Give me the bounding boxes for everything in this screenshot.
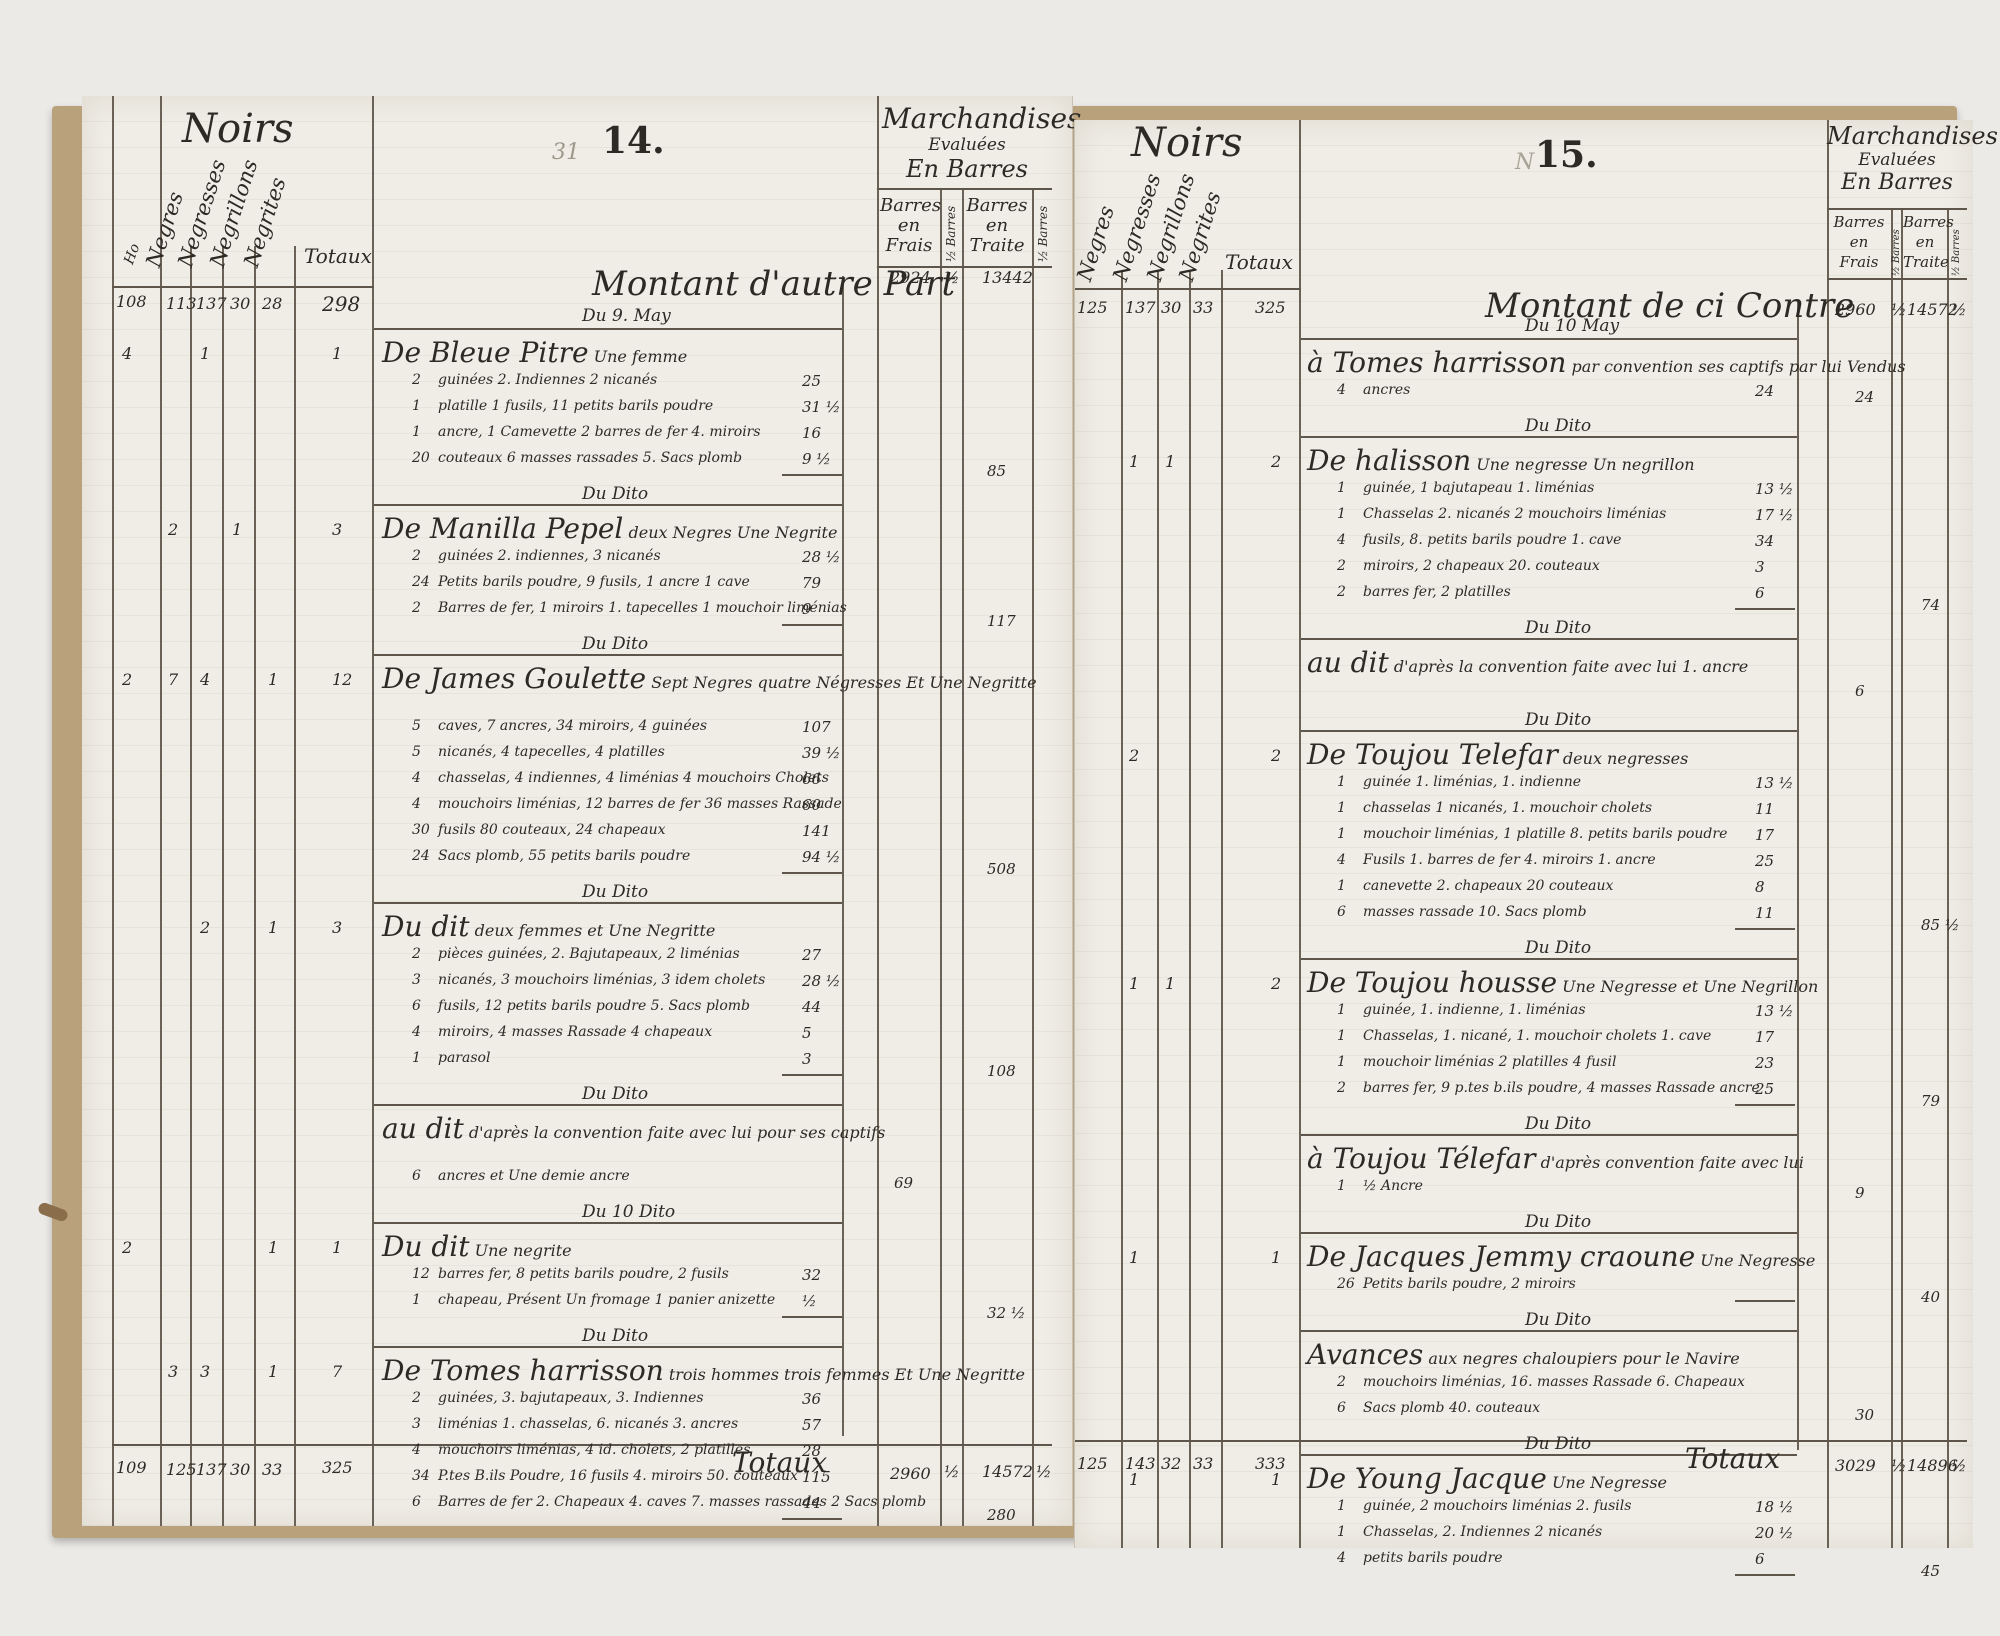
item-qty: 1 xyxy=(1337,1028,1363,1044)
item-amount: 28 ½ xyxy=(802,972,840,990)
item-text: nicanés, 3 mouchoirs liménias, 3 idem ch… xyxy=(438,972,765,988)
item-qty: 4 xyxy=(412,1024,438,1040)
totals-rule xyxy=(1075,1440,1967,1442)
col-half-barres: ½ Barres xyxy=(1891,229,1902,276)
item-qty: 1 xyxy=(412,398,438,414)
col-totaux: Totaux xyxy=(1225,250,1293,274)
line-item: 2miroirs, 2 chapeaux 20. couteaux xyxy=(1337,558,1600,574)
total-negres: 125 xyxy=(1077,1454,1108,1473)
item-qty: 1 xyxy=(1337,826,1363,842)
column-rule xyxy=(160,96,162,1526)
total-traite-half: ½ xyxy=(1036,1462,1052,1481)
frais-total: 24 xyxy=(1855,388,1874,406)
item-qty: 5 xyxy=(412,744,438,760)
entry-description: deux femmes et Une Negritte xyxy=(475,921,716,940)
item-text: chasselas 1 nicanés, 1. mouchoir cholets xyxy=(1363,800,1652,816)
line-item: 1Chasselas 2. nicanés 2 mouchoirs liméni… xyxy=(1337,506,1666,522)
item-qty: 2 xyxy=(412,1390,438,1406)
item-qty: 24 xyxy=(412,848,438,864)
item-text: mouchoirs liménias, 12 barres de fer 36 … xyxy=(438,796,842,812)
subtotal-rule xyxy=(1735,1300,1795,1302)
column-rule xyxy=(877,96,879,1526)
column-rule xyxy=(1947,208,1949,1548)
cf-negres: 125 xyxy=(1077,298,1108,317)
item-qty: 1 xyxy=(412,1050,438,1066)
cf-margin: 108 xyxy=(116,292,147,311)
traite-total: 74 xyxy=(1921,596,1940,614)
count-negresses: 1 xyxy=(1129,974,1139,993)
merch-sub: Evaluées xyxy=(882,135,1052,155)
item-qty: 1 xyxy=(1337,480,1363,496)
entry-date: Du Dito xyxy=(582,1084,648,1104)
item-text: petits barils poudre xyxy=(1363,1550,1503,1566)
line-item: 6fusils, 12 petits barils poudre 5. Sacs… xyxy=(412,998,750,1014)
entry-date: Du Dito xyxy=(1525,1114,1591,1134)
right-page: Noirs Negres Negresses Negrillons Negrit… xyxy=(1074,120,1973,1548)
subtotal-rule xyxy=(782,1074,842,1076)
merch-sub: Evaluées xyxy=(1827,150,1967,170)
entry-heading: De Jacques Jemmy craoune Une Negresse xyxy=(1307,1240,1815,1273)
entry-description: d'après la convention faite avec lui pou… xyxy=(469,1123,885,1142)
frais-total: 30 xyxy=(1855,1406,1874,1424)
total-frais-half: ½ xyxy=(1891,1456,1907,1475)
noirs-header: Noirs xyxy=(182,106,294,152)
subtotal-rule xyxy=(782,872,842,874)
col-half-barres-2: ½ Barres xyxy=(1036,206,1050,262)
column-rule xyxy=(940,188,942,1526)
item-text: miroirs, 4 masses Rassade 4 chapeaux xyxy=(438,1024,712,1040)
entry-date: Du Dito xyxy=(1525,1434,1591,1454)
line-item: 24Sacs plomb, 55 petits barils poudre xyxy=(412,848,690,864)
item-qty: 24 xyxy=(412,574,438,590)
col-half-barres: ½ Barres xyxy=(944,206,958,262)
entry-description: aux negres chaloupiers pour le Navire xyxy=(1428,1349,1739,1368)
entry-description: Une negresse Un negrillon xyxy=(1476,455,1694,474)
count-negrites: 1 xyxy=(268,670,278,689)
entry-rule xyxy=(374,504,842,506)
entry-date: Du Dito xyxy=(1525,618,1591,638)
entry-date: Du Dito xyxy=(582,882,648,902)
item-text: mouchoirs liménias, 16. masses Rassade 6… xyxy=(1363,1374,1745,1390)
item-qty: 20 xyxy=(412,450,438,466)
entry-rule xyxy=(1301,1134,1797,1136)
cf-negrites: 28 xyxy=(262,294,282,313)
item-amount: 3 xyxy=(802,1050,812,1068)
entry-description: Une Negresse xyxy=(1700,1251,1815,1270)
item-amount: 39 ½ xyxy=(802,744,840,762)
line-item: 1chapeau, Présent Un fromage 1 panier an… xyxy=(412,1292,775,1308)
count-negresses: 1 xyxy=(1129,452,1139,471)
traite-total: 85 ½ xyxy=(1921,916,1959,934)
line-item: 6Sacs plomb 40. couteaux xyxy=(1337,1400,1540,1416)
item-amount: 17 xyxy=(1755,1028,1774,1046)
column-rule xyxy=(190,246,192,1526)
column-rule xyxy=(254,246,256,1526)
item-qty: 1 xyxy=(412,1292,438,1308)
count-negresses: 2 xyxy=(1129,746,1139,765)
count-negres: 7 xyxy=(168,670,178,689)
trader-name: Du dit xyxy=(382,910,470,943)
item-text: couteaux 6 masses rassades 5. Sacs plomb xyxy=(438,450,742,466)
item-amount: 25 xyxy=(1755,852,1774,870)
item-qty: 6 xyxy=(412,1168,438,1184)
traite-total: 79 xyxy=(1921,1092,1940,1110)
count-negrillons: 1 xyxy=(232,520,242,539)
item-amount: 79 xyxy=(802,574,821,592)
frais-total: 9 xyxy=(1855,1184,1865,1202)
item-amount: 11 xyxy=(1755,904,1774,922)
col-barres-traite: Barres en Traite xyxy=(1903,212,1947,272)
item-qty: 3 xyxy=(412,1416,438,1432)
traite-total: 45 xyxy=(1921,1562,1940,1580)
item-qty: 2 xyxy=(1337,558,1363,574)
entry-rule xyxy=(374,1104,842,1106)
item-text: fusils, 12 petits barils poudre 5. Sacs … xyxy=(438,998,750,1014)
item-amount: 16 xyxy=(802,424,821,442)
item-amount: 44 xyxy=(802,998,821,1016)
item-text: Chasselas, 1. nicané, 1. mouchoir cholet… xyxy=(1363,1028,1711,1044)
col-half-barres-2: ½ Barres xyxy=(1951,229,1962,276)
total-negrillons: 30 xyxy=(230,1460,250,1479)
entry-description: Une negrite xyxy=(475,1241,572,1260)
cf-barres-frais: 2924 xyxy=(890,268,931,287)
entry-heading: De halisson Une negresse Un negrillon xyxy=(1307,444,1695,477)
column-rule xyxy=(1189,270,1191,1548)
item-amount: 28 ½ xyxy=(802,548,840,566)
entry-heading: De Bleue Pitre Une femme xyxy=(382,336,687,369)
merch-title: Marchandises xyxy=(882,102,1052,135)
line-item: 2mouchoirs liménias, 16. masses Rassade … xyxy=(1337,1374,1745,1390)
item-text: ancres xyxy=(1363,382,1410,398)
line-item: 1Chasselas, 1. nicané, 1. mouchoir chole… xyxy=(1337,1028,1711,1044)
item-amount: ½ xyxy=(802,1292,817,1310)
item-text: masses rassade 10. Sacs plomb xyxy=(1363,904,1587,920)
item-text: miroirs, 2 chapeaux 20. couteaux xyxy=(1363,558,1600,574)
entry-heading: De James Goulette Sept Negres quatre Nég… xyxy=(382,662,1037,695)
item-text: nicanés, 4 tapecelles, 4 platilles xyxy=(438,744,665,760)
header-rule xyxy=(1827,208,1967,210)
count-totaux: 2 xyxy=(1271,974,1281,993)
item-qty: 4 xyxy=(412,1442,438,1458)
merchandise-header: Marchandises Evaluées En Barres xyxy=(1827,122,1967,195)
cf-negresses: 137 xyxy=(196,294,227,313)
entry-description: Une femme xyxy=(594,347,688,366)
column-rule xyxy=(294,246,296,1526)
item-text: caves, 7 ancres, 34 miroirs, 4 guinées xyxy=(438,718,707,734)
margin-count: 4 xyxy=(122,344,132,363)
merchandise-header: Marchandises Evaluées En Barres xyxy=(882,102,1052,183)
entry-rule xyxy=(374,1222,842,1224)
item-qty: 2 xyxy=(1337,584,1363,600)
item-text: guinée, 2 mouchoirs liménias 2. fusils xyxy=(1363,1498,1631,1514)
entry-heading: De Toujou Telefar deux negresses xyxy=(1307,738,1688,771)
item-qty: 34 xyxy=(412,1468,438,1484)
entry-date: Du Dito xyxy=(582,1326,648,1346)
item-text: Sacs plomb, 55 petits barils poudre xyxy=(438,848,690,864)
item-amount: 141 xyxy=(802,822,831,840)
count-negrites: 1 xyxy=(268,1362,278,1381)
item-text: Barres de fer, 1 miroirs 1. tapecelles 1… xyxy=(438,600,847,616)
margin-count: 2 xyxy=(122,1238,132,1257)
subtotal-rule xyxy=(1735,1574,1795,1576)
line-item: 4petits barils poudre xyxy=(1337,1550,1503,1566)
item-qty: 4 xyxy=(1337,532,1363,548)
count-totaux: 7 xyxy=(332,1362,342,1381)
column-rule xyxy=(1299,120,1301,1548)
item-qty: 4 xyxy=(412,770,438,786)
item-text: Sacs plomb 40. couteaux xyxy=(1363,1400,1540,1416)
line-item: 1guinée, 1. indienne, 1. liménias xyxy=(1337,1002,1586,1018)
item-qty: 1 xyxy=(1337,1002,1363,1018)
total-frais-half: ½ xyxy=(944,1462,960,1481)
trader-name: à Toujou Télefar xyxy=(1307,1142,1536,1175)
item-qty: 3 xyxy=(412,972,438,988)
entry-rule xyxy=(1301,958,1797,960)
count-totaux: 12 xyxy=(332,670,352,689)
line-item: 26Petits barils poudre, 2 miroirs xyxy=(1337,1276,1576,1292)
open-ledger-book: Noirs Negres Negresses Negrillons Negrit… xyxy=(52,96,1957,1536)
count-negresses: 1 xyxy=(200,344,210,363)
item-text: Chasselas 2. nicanés 2 mouchoirs liménia… xyxy=(1363,506,1666,522)
cf-frais-half: ½ xyxy=(944,268,960,287)
item-qty: 4 xyxy=(412,796,438,812)
item-amount: 20 ½ xyxy=(1755,1524,1793,1542)
trader-name: De Bleue Pitre xyxy=(382,336,589,369)
item-qty: 4 xyxy=(1337,852,1363,868)
page-number: 15. xyxy=(1535,134,1598,176)
line-item: 4fusils, 8. petits barils poudre 1. cave xyxy=(1337,532,1621,548)
line-item: 2guinées 2. indiennes, 3 nicanés xyxy=(412,548,661,564)
item-amount: 27 xyxy=(802,946,821,964)
total-totaux: 325 xyxy=(322,1458,353,1477)
line-item: 4miroirs, 4 masses Rassade 4 chapeaux xyxy=(412,1024,712,1040)
column-rule xyxy=(1221,270,1223,1548)
entry-heading: à Toujou Télefar d'après convention fait… xyxy=(1307,1142,1804,1175)
entry-description: d'après convention faite avec lui xyxy=(1541,1153,1804,1172)
total-negrites: 33 xyxy=(262,1460,282,1479)
count-totaux: 2 xyxy=(1271,452,1281,471)
count-negres: 3 xyxy=(168,1362,178,1381)
item-amount: 66 xyxy=(802,770,821,788)
line-item: 1platille 1 fusils, 11 petits barils pou… xyxy=(412,398,713,414)
entry-rule xyxy=(374,654,842,656)
traite-total: 508 xyxy=(987,860,1016,878)
item-amount: 5 xyxy=(802,1024,812,1042)
entry-heading: Avances aux negres chaloupiers pour le N… xyxy=(1307,1338,1740,1371)
cf-negrillons: 30 xyxy=(230,294,250,313)
item-text: Fusils 1. barres de fer 4. miroirs 1. an… xyxy=(1363,852,1656,868)
line-item: 2barres fer, 2 platilles xyxy=(1337,584,1511,600)
traite-total: 40 xyxy=(1921,1288,1940,1306)
column-rule xyxy=(1797,300,1799,1450)
subtotal-rule xyxy=(782,1316,842,1318)
item-text: Petits barils poudre, 2 miroirs xyxy=(1363,1276,1576,1292)
item-text: fusils 80 couteaux, 24 chapeaux xyxy=(438,822,666,838)
count-negrites: 1 xyxy=(268,918,278,937)
line-item: 1guinée, 1 bajutapeau 1. liménias xyxy=(1337,480,1594,496)
entry-date: Du Dito xyxy=(582,484,648,504)
item-amount: 107 xyxy=(802,718,831,736)
entry-date: Du 10 Dito xyxy=(582,1202,675,1222)
line-item: 4ancres xyxy=(1337,382,1410,398)
count-totaux: 1 xyxy=(1271,1248,1281,1267)
line-item: 2guinées 2. Indiennes 2 nicanés xyxy=(412,372,657,388)
item-amount: 13 ½ xyxy=(1755,1002,1793,1020)
header-rule xyxy=(877,188,1052,190)
item-amount: 17 ½ xyxy=(1755,506,1793,524)
item-qty: 2 xyxy=(412,548,438,564)
item-text: pièces guinées, 2. Bajutapeaux, 2 liméni… xyxy=(438,946,740,962)
entry-heading: De Tomes harrisson trois hommes trois fe… xyxy=(382,1354,1025,1387)
item-amount: 6 xyxy=(1755,584,1765,602)
item-amount: 25 xyxy=(1755,1080,1774,1098)
item-amount: 9 xyxy=(802,600,812,618)
item-qty: 2 xyxy=(412,946,438,962)
trader-name: De Manilla Pepel xyxy=(382,512,623,545)
item-amount: 11 xyxy=(1755,800,1774,818)
item-text: platille 1 fusils, 11 petits barils poud… xyxy=(438,398,713,414)
item-qty: 6 xyxy=(412,1494,438,1510)
count-negrillons: 1 xyxy=(1165,452,1175,471)
total-barres-frais: 2960 xyxy=(890,1464,931,1483)
entry-heading: De Manilla Pepel deux Negres Une Negrite xyxy=(382,512,837,545)
count-negresses: 3 xyxy=(200,1362,210,1381)
line-item: 4chasselas, 4 indiennes, 4 liménias 4 mo… xyxy=(412,770,829,786)
faded-stamp: 31 xyxy=(552,140,580,165)
total-barres-frais: 3029 xyxy=(1835,1456,1876,1475)
item-text: fusils, 8. petits barils poudre 1. cave xyxy=(1363,532,1621,548)
item-qty: 4 xyxy=(1337,382,1363,398)
item-qty: 6 xyxy=(1337,1400,1363,1416)
item-qty: 1 xyxy=(1337,878,1363,894)
total-traite-half: ½ xyxy=(1951,1456,1967,1475)
line-item: 6masses rassade 10. Sacs plomb xyxy=(1337,904,1587,920)
noirs-header: Noirs xyxy=(1131,120,1243,166)
total-negres: 125 xyxy=(166,1460,197,1479)
line-item: 1mouchoir liménias, 1 platille 8. petits… xyxy=(1337,826,1727,842)
item-qty: 30 xyxy=(412,822,438,838)
entry-heading: à Tomes harrisson par convention ses cap… xyxy=(1307,346,1906,379)
entry-rule xyxy=(1301,638,1797,640)
traite-total: 108 xyxy=(987,1062,1016,1080)
column-rule xyxy=(1121,270,1123,1548)
cf-frais-half: ½ xyxy=(1891,300,1907,319)
line-item: 6ancres et Une demie ancre xyxy=(412,1168,630,1184)
subtotal-rule xyxy=(782,474,842,476)
column-rule xyxy=(1891,208,1893,1548)
entry-heading: Du dit deux femmes et Une Negritte xyxy=(382,910,715,943)
total-negresses: 137 xyxy=(196,1460,227,1479)
merch-unit: En Barres xyxy=(1827,170,1967,195)
traite-total: 85 xyxy=(987,462,1006,480)
item-amount: 60 xyxy=(802,796,821,814)
trader-name: De halisson xyxy=(1307,444,1471,477)
entry-description: d'après la convention faite avec lui 1. … xyxy=(1394,657,1748,676)
entry-rule xyxy=(1301,1330,1797,1332)
item-qty: 1 xyxy=(1337,1178,1363,1194)
item-text: guinée, 1. indienne, 1. liménias xyxy=(1363,1002,1586,1018)
item-amount: 31 ½ xyxy=(802,398,840,416)
item-text: mouchoirs liménias, 4 id. cholets, 2 pla… xyxy=(438,1442,750,1458)
item-amount: 6 xyxy=(1755,1550,1765,1568)
trader-name: De Jacques Jemmy craoune xyxy=(1307,1240,1695,1273)
col-barres-frais: Barres en Frais xyxy=(880,196,938,256)
trader-name: au dit xyxy=(382,1112,464,1145)
item-amount: 17 xyxy=(1755,826,1774,844)
item-qty: 2 xyxy=(412,600,438,616)
item-text: barres fer, 8 petits barils poudre, 2 fu… xyxy=(438,1266,729,1282)
line-item: 1parasol xyxy=(412,1050,490,1066)
cf-negrillons: 30 xyxy=(1161,298,1181,317)
count-negres: 2 xyxy=(168,520,178,539)
frais-total: 6 xyxy=(1855,682,1865,700)
count-totaux: 2 xyxy=(1271,746,1281,765)
entry-description: Une Negresse xyxy=(1552,1473,1667,1492)
cf-totaux: 325 xyxy=(1255,298,1286,317)
item-qty: 1 xyxy=(1337,1054,1363,1070)
trader-name: De Toujou housse xyxy=(1307,966,1557,999)
item-amount: 25 xyxy=(802,372,821,390)
entry-description: Sept Negres quatre Négresses Et Une Negr… xyxy=(651,673,1036,692)
entry-rule xyxy=(1301,436,1797,438)
item-text: canevette 2. chapeaux 20 couteaux xyxy=(1363,878,1613,894)
trader-name: Du dit xyxy=(382,1230,470,1263)
item-amount: 34 xyxy=(1755,532,1774,550)
entry-date: Du Dito xyxy=(1525,1310,1591,1330)
page-number: 14. xyxy=(602,120,665,162)
item-text: ancre, 1 Camevette 2 barres de fer 4. mi… xyxy=(438,424,761,440)
line-item: 1½ Ancre xyxy=(1337,1178,1423,1194)
item-qty: 1 xyxy=(412,424,438,440)
item-text: ½ Ancre xyxy=(1363,1178,1423,1194)
item-amount: 13 ½ xyxy=(1755,480,1793,498)
entry-rule xyxy=(1301,338,1797,340)
line-item: 3liménias 1. chasselas, 6. nicanés 3. an… xyxy=(412,1416,738,1432)
item-qty: 2 xyxy=(1337,1080,1363,1096)
col-totaux: Totaux xyxy=(304,244,372,268)
count-negresses: 2 xyxy=(200,918,210,937)
item-text: barres fer, 2 platilles xyxy=(1363,584,1511,600)
entry-description: deux negresses xyxy=(1563,749,1688,768)
total-totaux: 333 xyxy=(1255,1454,1286,1473)
item-qty: 2 xyxy=(412,372,438,388)
line-item: 2barres fer, 9 p.tes b.ils poudre, 4 mas… xyxy=(1337,1080,1760,1096)
entry-heading: De Toujou housse Une Negresse et Une Neg… xyxy=(1307,966,1818,999)
header-rule xyxy=(1075,288,1301,290)
entry-heading: au dit d'après la convention faite avec … xyxy=(1307,646,1748,679)
line-item: 3nicanés, 3 mouchoirs liménias, 3 idem c… xyxy=(412,972,765,988)
item-amount: 44 xyxy=(802,1494,821,1512)
trader-name: au dit xyxy=(1307,646,1389,679)
entry-rule xyxy=(374,902,842,904)
item-amount: 24 xyxy=(1755,382,1774,400)
item-amount: 57 xyxy=(802,1416,821,1434)
line-item: 5caves, 7 ancres, 34 miroirs, 4 guinées xyxy=(412,718,707,734)
entry-rule xyxy=(374,1346,842,1348)
item-text: mouchoir liménias 2 platilles 4 fusil xyxy=(1363,1054,1616,1070)
entry-description: deux Negres Une Negrite xyxy=(628,523,837,542)
line-item: 1mouchoir liménias 2 platilles 4 fusil xyxy=(1337,1054,1616,1070)
item-qty: 12 xyxy=(412,1266,438,1282)
item-text: chasselas, 4 indiennes, 4 liménias 4 mou… xyxy=(438,770,829,786)
entry-date: Du Dito xyxy=(582,634,648,654)
column-rule xyxy=(112,96,114,1526)
item-text: Barres de fer 2. Chapeaux 4. caves 7. ma… xyxy=(438,1494,926,1510)
item-text: liménias 1. chasselas, 6. nicanés 3. anc… xyxy=(438,1416,738,1432)
line-item: 2guinées, 3. bajutapeaux, 3. Indiennes xyxy=(412,1390,704,1406)
count-totaux: 3 xyxy=(332,520,342,539)
column-rule xyxy=(372,96,374,1526)
